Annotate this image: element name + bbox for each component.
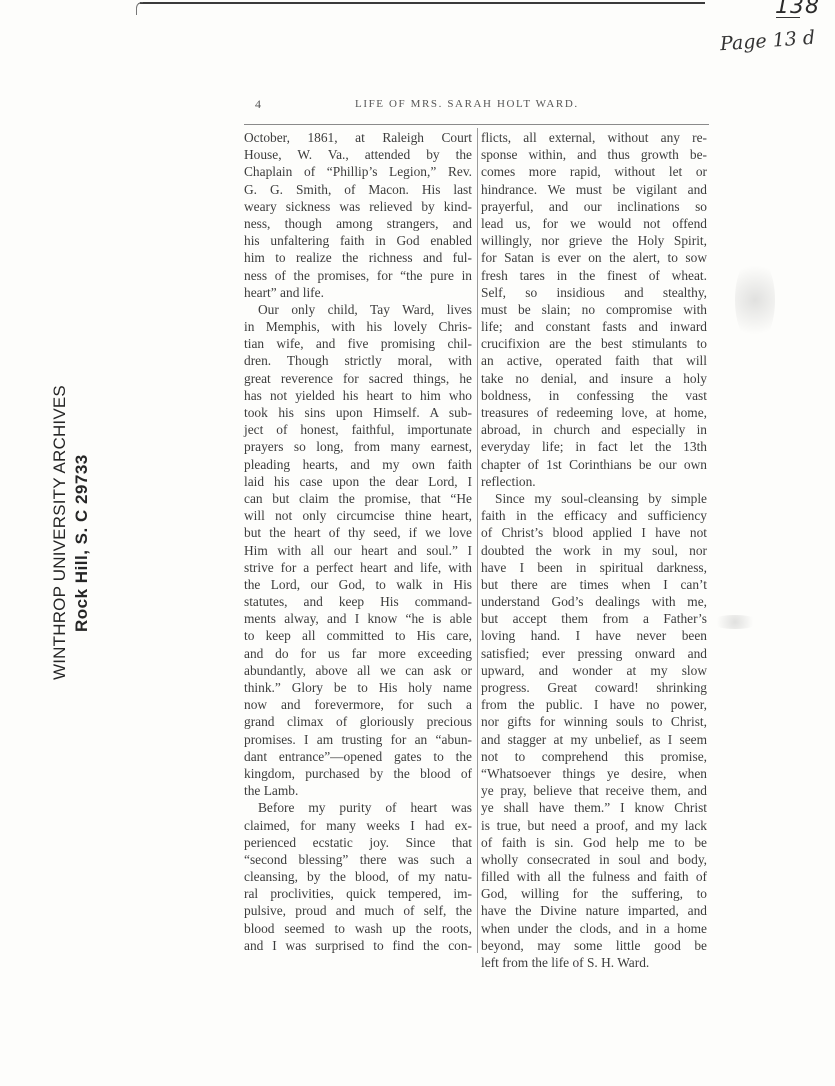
text-line: strive for a perfect heart and life, wit… [244,559,472,576]
text-line: an active, operated faith that will [481,352,707,369]
text-line: “second blessing” there was such a [244,851,472,868]
text-line: Self, so insidious and stealthy, [481,284,707,301]
text-line: abroad, in church and especially in [481,421,707,438]
text-line: the Lamb. [244,782,472,799]
text-line: has not yielded his heart to him who [244,387,472,404]
text-line: in Memphis, with his lovely Chris- [244,318,472,335]
text-line: hindrance. We must be vigilant and [481,181,707,198]
text-line: boldness, in confessing the vast [481,387,707,404]
text-line: but the heart of thy seed, if we love [244,524,472,541]
text-line: perienced ecstatic joy. Since that [244,834,472,851]
text-line: of Christ’s blood applied I have not [481,524,707,541]
text-line: his unfaltering faith in God enabled [244,232,472,249]
text-line: the Lord, our God, to walk in His [244,576,472,593]
scan-smudge [710,615,760,629]
handwritten-page-note: Page 13 d [719,27,815,56]
text-line: grand climax of gloriously precious [244,713,472,730]
text-line: crucifixion are the best stimulants to [481,335,707,352]
text-line: treasures of redeeming love, at home, [481,404,707,421]
text-line: not to comprehend this promise, [481,748,707,765]
text-line: “Whatsoever things ye desire, when [481,765,707,782]
archive-stamp: WINTHROP UNIVERSITY ARCHIVES Rock Hill, … [50,385,92,680]
text-line: upward, and wonder at my slow [481,662,707,679]
text-line: and I was surprised to find the con- [244,937,472,954]
text-line: and do for us far more exceeding [244,645,472,662]
text-line: ject of honest, faithful, importunate [244,421,472,438]
text-line: statutes, and keep His command- [244,593,472,610]
text-line: took his sins upon Himself. A sub- [244,404,472,421]
text-line: wholly consecrated in soul and body, [481,851,707,868]
running-head: 4 LIFE OF MRS. SARAH HOLT WARD. [255,97,715,113]
text-line: heart” and life. [244,284,472,301]
top-edge-rule [140,2,705,4]
text-line: kingdom, purchased by the blood of [244,765,472,782]
text-line: understand God’s dealings with me, [481,593,707,610]
text-line: sponse within, and thus growth be- [481,146,707,163]
text-line: flicts, all external, without any re- [481,129,707,146]
archive-stamp-line1: WINTHROP UNIVERSITY ARCHIVES [50,385,70,680]
scan-smudge [735,255,775,345]
text-line: progress. Great coward! shrinking [481,679,707,696]
text-line: tian wife, and five promising chil- [244,335,472,352]
text-line: but there are times when I can’t [481,576,707,593]
text-line: Our only child, Tay Ward, lives [244,301,472,318]
text-line: prayerful, and our inclinations so [481,198,707,215]
text-column-left: October, 1861, at Raleigh CourtHouse, W.… [244,129,472,954]
text-line: left from the life of S. H. Ward. [481,954,707,971]
text-line: ye pray, believe that receive them, and [481,782,707,799]
text-line: lead us, for we would not offend [481,215,707,232]
text-line: now and forevermore, for such a [244,696,472,713]
handwritten-number-underline [776,17,800,18]
text-column-right: flicts, all external, without any re-spo… [481,129,707,971]
text-line: Before my purity of heart was [244,799,472,816]
text-line: for Satan is ever on the alert, to sow [481,249,707,266]
text-line: weary sickness was relieved by kind- [244,198,472,215]
text-line: fresh tares in the finest of wheat. [481,267,707,284]
text-line: Him with all our heart and soul.” I [244,542,472,559]
text-line: dant entrance”—opened gates to the [244,748,472,765]
text-line: think.” Glory be to His holy name [244,679,472,696]
text-line: reflection. [481,473,707,490]
text-line: ral proclivities, quick tempered, im- [244,885,472,902]
text-line: pleading hearts, and my own faith [244,456,472,473]
text-line: from the public. I have no power, [481,696,707,713]
text-line: ness, though among strangers, and [244,215,472,232]
running-head-title: LIFE OF MRS. SARAH HOLT WARD. [355,98,579,110]
text-line: pulsive, proud and much of self, the [244,902,472,919]
text-line: blood seemed to wash up the roots, [244,920,472,937]
text-line: cleansing, by the blood, of my natu- [244,868,472,885]
text-line: loving hand. I have never been [481,627,707,644]
text-line: beyond, may some little good be [481,937,707,954]
text-line: filled with all the fulness and faith of [481,868,707,885]
text-line: can but claim the promise, that “He [244,490,472,507]
text-line: and stagger at my unbelief, as I seem [481,731,707,748]
text-line: abundantly, above all we can ask or [244,662,472,679]
text-line: chapter of 1st Corinthians be our own [481,456,707,473]
text-line: willingly, nor grieve the Holy Spirit, [481,232,707,249]
text-line: House, W. Va., attended by the [244,146,472,163]
text-line: comes more rapid, without let or [481,163,707,180]
text-line: him to realize the richness and ful- [244,249,472,266]
text-line: ye shall have them.” I know Christ [481,799,707,816]
text-line: G. G. Smith, of Macon. His last [244,181,472,198]
text-line: to keep all committed to His care, [244,627,472,644]
header-rule [244,124,709,125]
column-divider [477,128,478,953]
archive-stamp-line2: Rock Hill, S. C 29733 [72,385,92,632]
text-line: prayers so long, from many earnest, [244,438,472,455]
text-line: have the Divine nature imparted, and [481,902,707,919]
text-line: of faith is sin. God help me to be [481,834,707,851]
text-line: but accept them from a Father’s [481,610,707,627]
text-line: is true, but need a proof, and my lack [481,817,707,834]
text-line: life; and constant fasts and inward [481,318,707,335]
text-line: take no denial, and insure a holy [481,370,707,387]
text-line: laid his case upon the dear Lord, I [244,473,472,490]
page-folio: 4 [255,97,263,112]
text-line: faith in the efficacy and sufficiency [481,507,707,524]
text-line: must be slain; no compromise with [481,301,707,318]
text-line: ments alway, and I know “he is able [244,610,472,627]
text-line: everyday life; in fact let the 13th [481,438,707,455]
text-line: October, 1861, at Raleigh Court [244,129,472,146]
text-line: doubted the work in my soul, nor [481,542,707,559]
top-edge-rule-hook [136,2,143,15]
text-line: Since my soul-cleansing by simple [481,490,707,507]
text-line: dren. Though strictly moral, with [244,352,472,369]
text-line: promises. I am trusting for an “abun- [244,731,472,748]
text-line: have I been in spiritual darkness, [481,559,707,576]
text-line: will not only circumcise thine heart, [244,507,472,524]
text-line: ness of the promises, for “the pure in [244,267,472,284]
text-line: claimed, for many weeks I had ex- [244,817,472,834]
text-line: when under the clods, and in a home [481,920,707,937]
text-line: God, willing for the suffering, to [481,885,707,902]
text-line: great reverence for sacred things, he [244,370,472,387]
text-line: satisfied; ever pressing onward and [481,645,707,662]
text-line: Chaplain of “Phillip’s Legion,” Rev. [244,163,472,180]
text-line: nor gifts for winning souls to Christ, [481,713,707,730]
